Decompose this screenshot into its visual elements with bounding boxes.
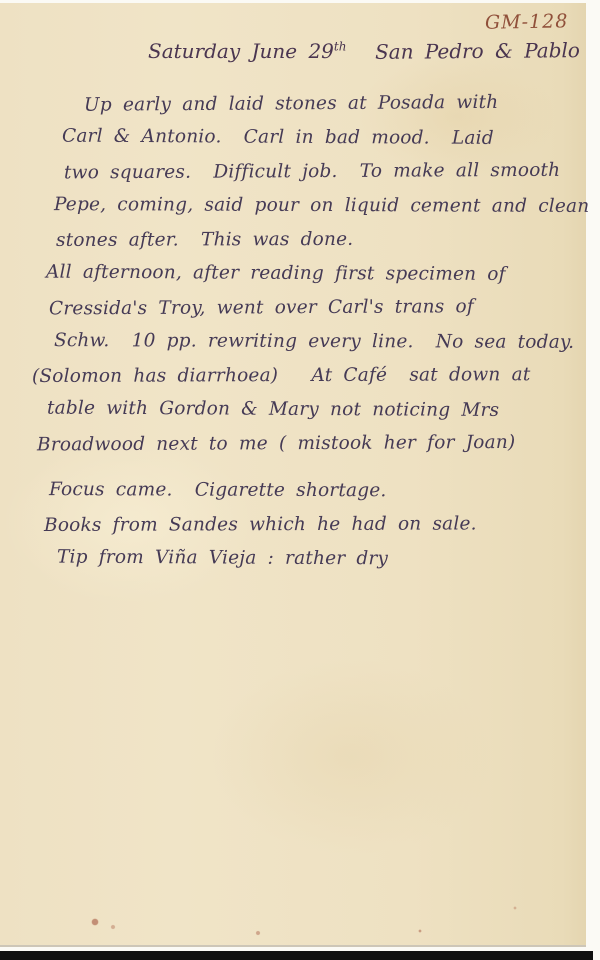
catalog-number: GM-128 (484, 10, 568, 33)
manuscript-line: Tip from Viña Vieja : rather dry (57, 541, 586, 578)
manuscript-line: Carl & Antonio. Carl in bad mood. Laid (62, 120, 586, 157)
manuscript-page: GM-128 Saturday June 29th San Pedro & Pa… (0, 3, 586, 945)
entry-body: Up early and laid stones at Posada with … (0, 87, 586, 576)
manuscript-line: (Solomon has diarrhoea) At Café sat down… (32, 358, 586, 394)
manuscript-line: Pepe, coming, said pour on liquid cement… (54, 188, 586, 224)
entry-occasion: San Pedro & Pablo (375, 38, 580, 64)
manuscript-line: Cressida's Troy, went over Carl's trans … (49, 290, 586, 327)
manuscript-line: Schw. 10 pp. rewriting every line. No se… (54, 324, 586, 360)
manuscript-line: Books from Sandes which he had on sale. (44, 507, 586, 543)
manuscript-line: table with Gordon & Mary not noticing Mr… (47, 392, 586, 429)
entry-date: Saturday June 29th (148, 39, 346, 63)
entry-heading: Saturday June 29th San Pedro & Pablo (148, 39, 580, 63)
scanned-document: GM-128 Saturday June 29th San Pedro & Pa… (0, 0, 600, 960)
entry-date-text: Saturday June 29 (148, 39, 334, 63)
manuscript-line: two squares. Difficult job. To make all … (64, 154, 586, 191)
manuscript-line: All afternoon, after reading first speci… (46, 256, 586, 293)
manuscript-line: Up early and laid stones at Posada with (84, 85, 586, 123)
entry-date-ordinal: th (334, 39, 347, 53)
scanner-edge (0, 951, 593, 960)
manuscript-line: stones after. This was done. (56, 222, 586, 258)
manuscript-line: Broadwood next to me ( mistook her for J… (37, 426, 586, 463)
manuscript-line: Focus came. Cigarette shortage. (49, 473, 586, 509)
